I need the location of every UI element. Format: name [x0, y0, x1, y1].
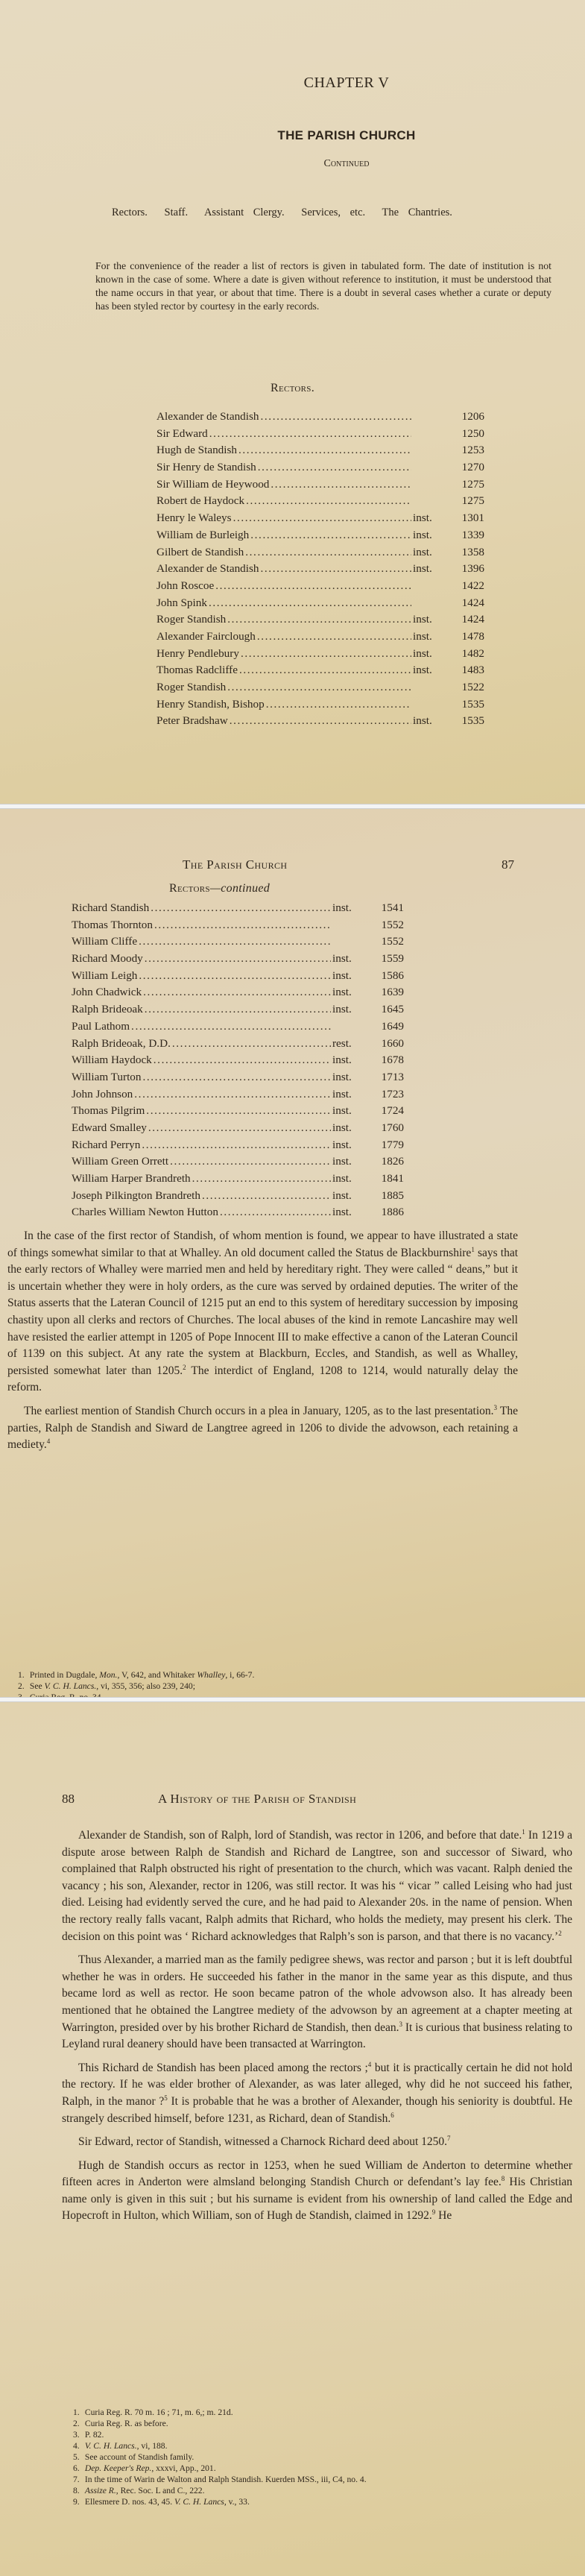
- rector-status: inst.: [332, 1069, 358, 1086]
- footnote-number: 5.: [73, 2451, 83, 2463]
- footnote: 1. Curia Reg. R. 70 m. 16 ; 71, m. 6,; m…: [73, 2407, 367, 2418]
- leader-dots: [245, 544, 411, 561]
- page-87: The Parish Church 87 Rectors—continued R…: [0, 809, 585, 1697]
- footnote-text: Mon.: [99, 1670, 117, 1680]
- leader-dots: [258, 459, 411, 476]
- rector-name: Alexander Fairclough: [156, 629, 256, 646]
- body-text: In the case of the first rector of Stand…: [7, 1228, 518, 1461]
- rector-year: 1885: [358, 1188, 404, 1205]
- rector-row: Charles William Newton Huttoninst.1886: [72, 1204, 404, 1221]
- rector-year: 1275: [438, 476, 484, 494]
- rector-name: Ralph Brideoak, D.D.: [72, 1036, 171, 1053]
- rector-name: Robert de Haydock: [156, 493, 244, 510]
- rector-status: inst.: [332, 951, 358, 968]
- rector-status: inst.: [413, 510, 438, 527]
- footnote-number: 2.: [18, 1681, 28, 1692]
- rectors-list: Alexander de Standish1206Sir Edward1250H…: [156, 409, 484, 730]
- rector-name: William Leigh: [72, 968, 137, 985]
- rector-name: Richard Moody: [72, 951, 143, 968]
- leader-dots: [271, 476, 411, 494]
- footnote: 2. See V. C. H. Lancs., vi, 355, 356; al…: [18, 1681, 254, 1692]
- rector-name: John Spink: [156, 595, 207, 612]
- rector-status: inst.: [332, 1171, 358, 1188]
- leader-dots: [238, 442, 411, 459]
- rector-row: Henry Pendleburyinst.1482: [156, 646, 484, 663]
- rector-name: Roger Standish: [156, 679, 226, 696]
- rector-year: 1713: [358, 1069, 404, 1086]
- chapter-number: CHAPTER V: [0, 75, 585, 92]
- rector-row: Gilbert de Standishinst.1358: [156, 544, 484, 561]
- topic: Staff.: [165, 207, 189, 218]
- footnote-text: , i, 66-7.: [225, 1670, 254, 1680]
- rector-row: Richard Moodyinst.1559: [72, 951, 404, 968]
- rector-name: Gilbert de Standish: [156, 544, 244, 561]
- rector-name: William Green Orrett: [72, 1153, 168, 1171]
- rector-status: inst.: [413, 611, 438, 629]
- rector-year: 1358: [438, 544, 484, 561]
- footnote-text: V. C. H. Lancs.: [45, 1681, 97, 1691]
- rector-year: 1478: [438, 629, 484, 646]
- running-head: The Parish Church: [183, 857, 288, 872]
- footnotes: 1. Printed in Dugdale, Mon., V, 642, and…: [18, 1669, 254, 1697]
- leader-dots: [142, 1069, 331, 1086]
- footnote-text: In the time of Warin de Walton and Ralph…: [85, 2475, 367, 2484]
- rector-name: John Johnson: [72, 1086, 133, 1103]
- rector-year: 1552: [358, 933, 404, 951]
- rector-row: Henry le Waleysinst.1301: [156, 510, 484, 527]
- page-88: 88 A History of the Parish of Standish A…: [0, 1702, 585, 2576]
- rector-name: Edward Smalley: [72, 1120, 147, 1137]
- footnote-text: Dep. Keeper's Rep.: [85, 2463, 151, 2473]
- rector-row: Thomas Radcliffeinst.1483: [156, 662, 484, 679]
- chapter-subtitle: Continued: [0, 158, 585, 170]
- footnote-ref: 6: [390, 2111, 394, 2119]
- rector-row: Paul Lathom1649: [72, 1018, 404, 1036]
- rector-year: 1645: [358, 1001, 404, 1018]
- topic: The Chantries.: [382, 207, 452, 218]
- chapter-topics: Rectors. Staff. Assistant Clergy. Servic…: [112, 207, 395, 219]
- paragraph: Hugh de Standish occurs as rector in 125…: [62, 2158, 572, 2225]
- rector-row: Henry Standish, Bishop1535: [156, 696, 484, 714]
- rector-name: Paul Lathom: [72, 1018, 130, 1036]
- footnote: 9. Ellesmere D. nos. 43, 45. V. C. H. La…: [73, 2496, 367, 2507]
- rector-row: Peter Bradshawinst.1535: [156, 713, 484, 730]
- footnote-number: 4.: [73, 2440, 83, 2451]
- rector-name: William Harper Brandreth: [72, 1171, 191, 1188]
- leader-dots: [151, 900, 331, 917]
- rector-year: 1586: [358, 968, 404, 985]
- text: Sir Edward, rector of Standish, witnesse…: [78, 2135, 447, 2148]
- rector-year: 1841: [358, 1171, 404, 1188]
- footnote-number: 1.: [73, 2407, 83, 2418]
- text: In the case of the first rector of Stand…: [7, 1229, 518, 1259]
- rector-row: John Spink1424: [156, 595, 484, 612]
- rector-name: Thomas Radcliffe: [156, 662, 238, 679]
- rector-year: 1826: [358, 1153, 404, 1171]
- footnote-text: Curia Reg. R. as before.: [85, 2419, 168, 2428]
- rector-status: inst.: [413, 561, 438, 578]
- leader-dots: [257, 629, 411, 646]
- rector-name: Thomas Thornton: [72, 917, 153, 934]
- rector-year: 1522: [438, 679, 484, 696]
- rector-row: Thomas Pilgriminst.1724: [72, 1103, 404, 1120]
- footnote-text: Whalley: [197, 1670, 225, 1680]
- paragraph: The earliest mention of Standish Church …: [7, 1403, 518, 1454]
- rector-name: Charles William Newton Hutton: [72, 1204, 218, 1221]
- rector-name: Alexander de Standish: [156, 409, 259, 426]
- topic: Assistant Clergy.: [204, 207, 285, 218]
- leader-dots: [154, 917, 331, 934]
- rector-row: Alexander de Standishinst.1396: [156, 561, 484, 578]
- rector-name: Hugh de Standish: [156, 442, 237, 459]
- rector-row: John Chadwickinst.1639: [72, 984, 404, 1001]
- rectors-heading-label: Rectors: [169, 882, 210, 895]
- rector-status: inst.: [332, 968, 358, 985]
- rector-name: Roger Standish: [156, 611, 226, 629]
- rector-status: inst.: [332, 1153, 358, 1171]
- footnote: 1. Printed in Dugdale, Mon., V, 642, and…: [18, 1669, 254, 1681]
- rector-year: 1253: [438, 442, 484, 459]
- leader-dots: [148, 1120, 331, 1137]
- rector-row: Richard Perryninst.1779: [72, 1137, 404, 1154]
- footnote-text: , v., 33.: [224, 2497, 250, 2507]
- rector-status: inst.: [332, 1103, 358, 1120]
- rector-row: Sir William de Heywood1275: [156, 476, 484, 494]
- rector-name: John Chadwick: [72, 984, 142, 1001]
- rector-row: Joseph Pilkington Brandrethinst.1885: [72, 1188, 404, 1205]
- leader-dots: [145, 1001, 331, 1018]
- footnote-text: V. C. H. Lancs.: [85, 2441, 137, 2451]
- footnote-number: 2.: [73, 2418, 83, 2429]
- rector-year: 1886: [358, 1204, 404, 1221]
- leader-dots: [139, 933, 331, 951]
- rector-year: 1270: [438, 459, 484, 476]
- footnote-text: See account of Standish family.: [85, 2452, 194, 2462]
- rectors-heading-suffix: —continued: [210, 882, 270, 895]
- rector-name: Sir William de Heywood: [156, 476, 269, 494]
- rector-year: 1424: [438, 595, 484, 612]
- leader-dots: [131, 1018, 331, 1036]
- leader-dots: [154, 1052, 331, 1069]
- rector-status: inst.: [413, 629, 438, 646]
- leader-dots: [227, 611, 411, 629]
- rector-name: Thomas Pilgrim: [72, 1103, 145, 1120]
- rector-row: William Cliffe1552: [72, 933, 404, 951]
- rector-year: 1339: [438, 527, 484, 544]
- rector-name: Henry Standish, Bishop: [156, 696, 265, 714]
- rector-row: Ralph Brideoak, D.D.rest.1660: [72, 1036, 404, 1053]
- paragraph: Alexander de Standish, son of Ralph, lor…: [62, 1827, 572, 1945]
- leader-dots: [233, 510, 411, 527]
- footnote-text: , Rec. Soc. L and C., 222.: [116, 2486, 205, 2495]
- footnote-text: V. C. H. Lancs: [174, 2497, 224, 2507]
- rector-name: Henry le Waleys: [156, 510, 232, 527]
- page-separator: [0, 1697, 585, 1702]
- rector-status: inst.: [332, 1120, 358, 1137]
- rector-name: William Haydock: [72, 1052, 152, 1069]
- rector-row: William Turtoninst.1713: [72, 1069, 404, 1086]
- topic: Services, etc.: [301, 207, 365, 218]
- rector-row: William Harper Brandrethinst.1841: [72, 1171, 404, 1188]
- footnote-number: 9.: [73, 2496, 83, 2507]
- rector-row: William de Burleighinst.1339: [156, 527, 484, 544]
- leader-dots: [145, 951, 331, 968]
- rector-year: 1482: [438, 646, 484, 663]
- rector-name: William Turton: [72, 1069, 141, 1086]
- rector-year: 1660: [358, 1036, 404, 1053]
- leader-dots: [239, 662, 411, 679]
- rector-row: William Leighinst.1586: [72, 968, 404, 985]
- rector-status: inst.: [413, 527, 438, 544]
- rector-year: 1250: [438, 426, 484, 443]
- rectors-heading: Rectors.: [0, 382, 585, 395]
- footnote: 7. In the time of Warin de Walton and Ra…: [73, 2474, 367, 2485]
- rector-row: Richard Standishinst.1541: [72, 900, 404, 917]
- rector-row: Alexander de Standish1206: [156, 409, 484, 426]
- footnote: 2. Curia Reg. R. as before.: [73, 2418, 367, 2429]
- paragraph: Sir Edward, rector of Standish, witnesse…: [62, 2134, 572, 2151]
- leader-dots: [266, 696, 411, 714]
- rector-name: Ralph Brideoak: [72, 1001, 143, 1018]
- rector-row: William Green Orrettinst.1826: [72, 1153, 404, 1171]
- footnote-text: , vi, 355, 356; also 239, 240;: [96, 1681, 195, 1691]
- rector-year: 1422: [438, 578, 484, 595]
- text: says that the early rectors of Whalley w…: [7, 1247, 518, 1377]
- rector-row: Alexander Faircloughinst.1478: [156, 629, 484, 646]
- footnote: 8. Assize R., Rec. Soc. L and C., 222.: [73, 2485, 367, 2496]
- text: The earliest mention of Standish Church …: [24, 1405, 494, 1417]
- rector-name: Richard Perryn: [72, 1137, 140, 1154]
- leader-dots: [192, 1171, 331, 1188]
- rector-year: 1424: [438, 611, 484, 629]
- rector-name: Joseph Pilkington Brandreth: [72, 1188, 200, 1205]
- footnote-number: 3.: [18, 1692, 28, 1697]
- rector-name: William de Burleigh: [156, 527, 249, 544]
- rector-row: Edward Smalleyinst.1760: [72, 1120, 404, 1137]
- rector-row: John Roscoe1422: [156, 578, 484, 595]
- chapter-title: THE PARISH CHURCH: [0, 128, 585, 143]
- paragraph: In the case of the first rector of Stand…: [7, 1228, 518, 1396]
- footnote-text: P. 82.: [85, 2430, 104, 2440]
- leader-dots: [220, 1204, 331, 1221]
- leader-dots: [230, 713, 411, 730]
- leader-dots: [170, 1153, 331, 1171]
- text: In 1219 a dispute arose between Ralph de…: [62, 1829, 572, 1943]
- footnote-text: Curia Reg. R. no. 34.: [30, 1692, 104, 1697]
- rector-year: 1206: [438, 409, 484, 426]
- leader-dots: [142, 1137, 331, 1154]
- footnote-number: 7.: [73, 2474, 83, 2485]
- rector-row: William Haydockinst.1678: [72, 1052, 404, 1069]
- paragraph: Thus Alexander, a married man as the fam…: [62, 1952, 572, 2053]
- footnote-text: Assize R.: [85, 2486, 116, 2495]
- leader-dots: [261, 409, 412, 426]
- text: This Richard de Standish has been placed…: [78, 2062, 368, 2074]
- footnote-text: , vi, 188.: [137, 2441, 168, 2451]
- rector-name: Henry Pendlebury: [156, 646, 239, 663]
- footnote-ref: 7: [447, 2135, 451, 2142]
- rector-row: Ralph Brideoakinst.1645: [72, 1001, 404, 1018]
- rector-year: 1541: [358, 900, 404, 917]
- leader-dots: [209, 426, 411, 443]
- rector-year: 1678: [358, 1052, 404, 1069]
- page-number: 87: [502, 857, 514, 872]
- rector-year: 1724: [358, 1103, 404, 1120]
- footnote-text: Ellesmere D. nos. 43, 45.: [85, 2497, 174, 2507]
- running-head: A History of the Parish of Standish: [158, 1792, 356, 1807]
- rector-year: 1760: [358, 1120, 404, 1137]
- rector-status: inst.: [332, 1052, 358, 1069]
- leader-dots: [172, 1036, 331, 1053]
- text: He: [435, 2209, 452, 2222]
- footnote-number: 8.: [73, 2485, 83, 2496]
- rector-name: John Roscoe: [156, 578, 214, 595]
- leader-dots: [227, 679, 411, 696]
- footnote: 4. V. C. H. Lancs., vi, 188.: [73, 2440, 367, 2451]
- rector-year: 1275: [438, 493, 484, 510]
- rector-status: inst.: [332, 1204, 358, 1221]
- rector-row: Robert de Haydock1275: [156, 493, 484, 510]
- rector-name: William Cliffe: [72, 933, 137, 951]
- footnote: 3. P. 82.: [73, 2429, 367, 2440]
- rector-status: inst.: [332, 1137, 358, 1154]
- rectors-list-continued: Richard Standishinst.1541Thomas Thornton…: [72, 900, 404, 1221]
- leader-dots: [143, 984, 331, 1001]
- footnote-text: Curia Reg. R. 70 m. 16 ; 71, m. 6,; m. 2…: [85, 2407, 233, 2417]
- rector-name: Sir Edward: [156, 426, 208, 443]
- footnote-text: Printed in Dugdale,: [30, 1670, 99, 1680]
- footnote-text: , V, 642, and Whitaker: [117, 1670, 197, 1680]
- footnote-ref: 2: [558, 1930, 562, 1937]
- leader-dots: [246, 493, 411, 510]
- rector-status: inst.: [332, 1086, 358, 1103]
- rector-status: inst.: [332, 984, 358, 1001]
- rector-name: Sir Henry de Standish: [156, 459, 256, 476]
- leader-dots: [261, 561, 412, 578]
- leader-dots: [215, 578, 411, 595]
- page-number: 88: [62, 1792, 75, 1807]
- rector-year: 1639: [358, 984, 404, 1001]
- page-separator: [0, 804, 585, 809]
- leader-dots: [202, 1188, 331, 1205]
- rector-year: 1649: [358, 1018, 404, 1036]
- footnote: 6. Dep. Keeper's Rep., xxxvi, App., 201.: [73, 2463, 367, 2474]
- rector-status: inst.: [413, 544, 438, 561]
- footnotes: 1. Curia Reg. R. 70 m. 16 ; 71, m. 6,; m…: [73, 2407, 367, 2507]
- footnote: 3. Curia Reg. R. no. 34.: [18, 1692, 254, 1697]
- rector-row: Roger Standishinst.1424: [156, 611, 484, 629]
- rector-name: Peter Bradshaw: [156, 713, 228, 730]
- rector-status: rest.: [332, 1036, 358, 1053]
- rector-year: 1301: [438, 510, 484, 527]
- footnote-text: See: [30, 1681, 45, 1691]
- rector-status: inst.: [332, 1188, 358, 1205]
- rector-year: 1552: [358, 917, 404, 934]
- rector-status: inst.: [413, 662, 438, 679]
- intro-paragraph: For the convenience of the reader a list…: [95, 259, 551, 313]
- footnote-ref: 4: [47, 1437, 51, 1445]
- footnote-number: 1.: [18, 1669, 28, 1681]
- rector-status: inst.: [332, 1001, 358, 1018]
- leader-dots: [139, 968, 331, 985]
- footnote: 5. See account of Standish family.: [73, 2451, 367, 2463]
- rector-year: 1723: [358, 1086, 404, 1103]
- rector-year: 1779: [358, 1137, 404, 1154]
- text: Alexander de Standish, son of Ralph, lor…: [78, 1829, 522, 1842]
- leader-dots: [209, 595, 411, 612]
- leader-dots: [241, 646, 411, 663]
- leader-dots: [134, 1086, 331, 1103]
- paragraph: This Richard de Standish has been placed…: [62, 2060, 572, 2127]
- leader-dots: [250, 527, 411, 544]
- rector-year: 1396: [438, 561, 484, 578]
- rector-row: Roger Standish1522: [156, 679, 484, 696]
- rector-row: Hugh de Standish1253: [156, 442, 484, 459]
- rector-year: 1483: [438, 662, 484, 679]
- rector-row: Thomas Thornton1552: [72, 917, 404, 934]
- rector-year: 1559: [358, 951, 404, 968]
- text: Hugh de Standish occurs as rector in 125…: [62, 2159, 572, 2189]
- rector-status: inst.: [413, 646, 438, 663]
- rector-name: Richard Standish: [72, 900, 149, 917]
- rector-year: 1535: [438, 696, 484, 714]
- footnote-number: 6.: [73, 2463, 83, 2474]
- rector-name: Alexander de Standish: [156, 561, 259, 578]
- body-text: Alexander de Standish, son of Ralph, lor…: [62, 1827, 572, 2232]
- rector-status: inst.: [413, 713, 438, 730]
- page-chapter-opening: CHAPTER V THE PARISH CHURCH Continued Re…: [0, 0, 585, 804]
- footnote-text: , xxxvi, App., 201.: [151, 2463, 215, 2473]
- rector-year: 1535: [438, 713, 484, 730]
- rector-status: inst.: [332, 900, 358, 917]
- footnote-number: 3.: [73, 2429, 83, 2440]
- topic: Rectors.: [112, 207, 148, 218]
- rector-row: John Johnsoninst.1723: [72, 1086, 404, 1103]
- leader-dots: [146, 1103, 331, 1120]
- rector-row: Sir Henry de Standish1270: [156, 459, 484, 476]
- rector-row: Sir Edward1250: [156, 426, 484, 443]
